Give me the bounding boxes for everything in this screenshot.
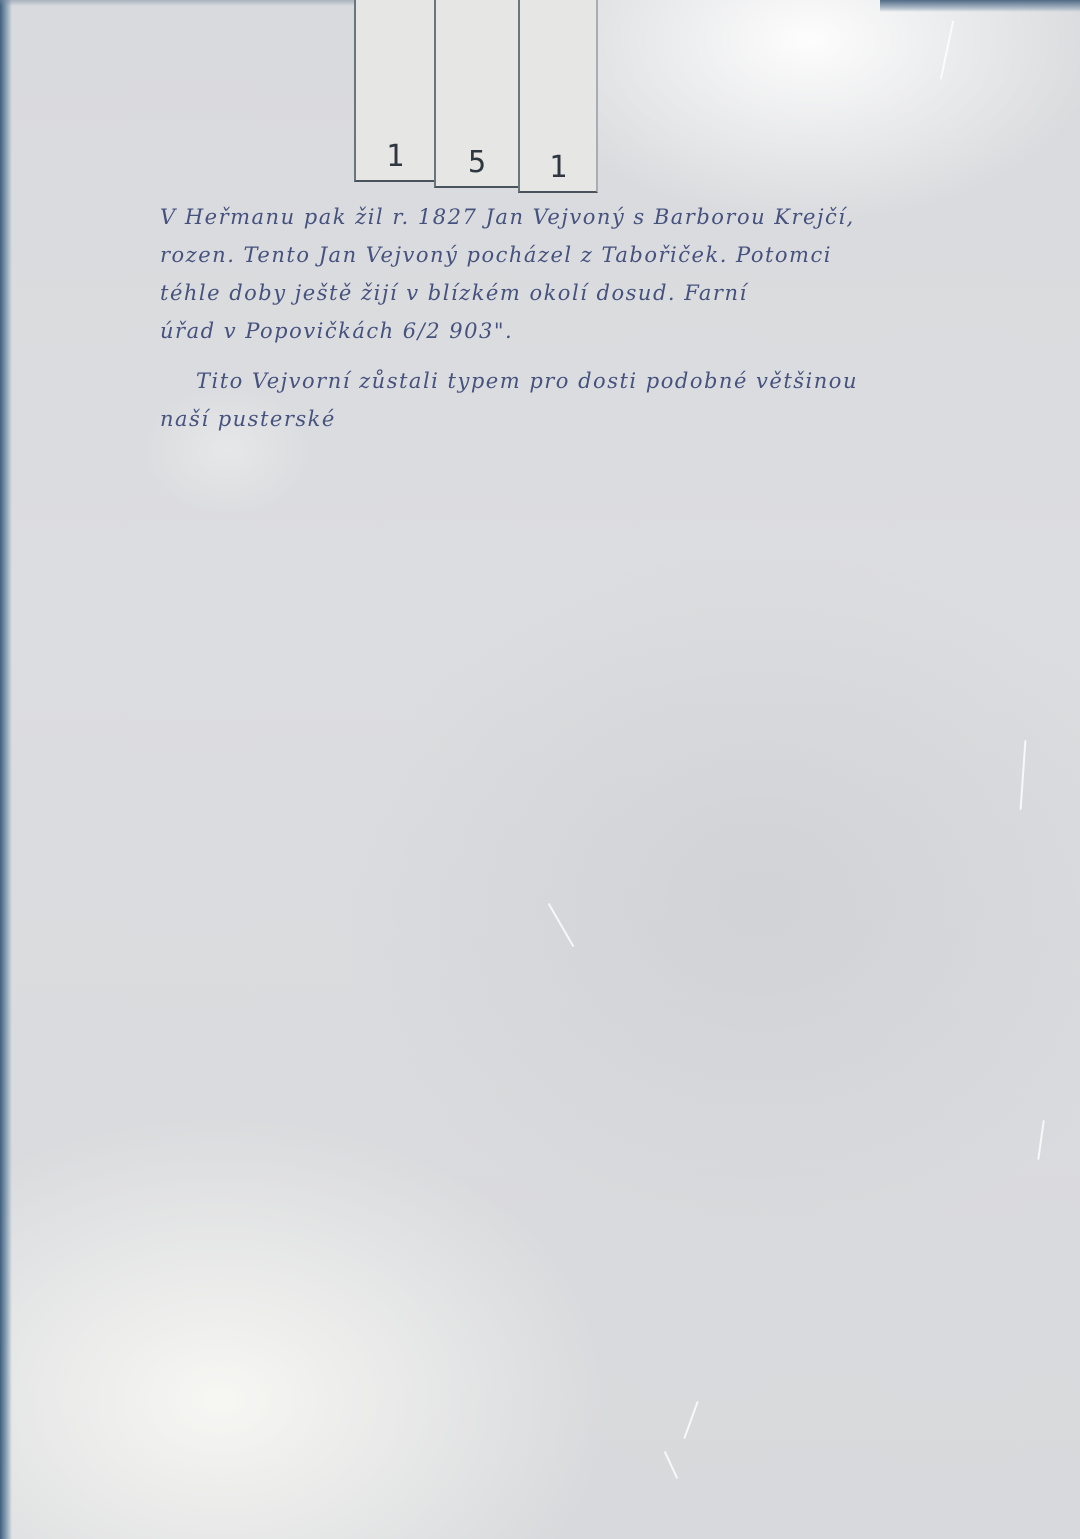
film-scratch [1037,1120,1045,1160]
film-scratch [548,903,575,947]
film-edge-top-left [0,0,360,6]
text-line: téhle doby ještě žijí v blízkém okolí do… [160,274,950,312]
film-edge-left [0,0,12,1539]
film-scratch [664,1451,678,1479]
stamp-digit: 5 [436,145,518,180]
handwritten-text: V Heřmanu pak žil r. 1827 Jan Vejvoný s … [160,198,950,438]
film-scratch [940,20,954,79]
stamp-cell: 1 [354,0,434,182]
film-scratch [683,1401,699,1439]
stamp-digit: 1 [356,139,434,174]
text-line: rozen. Tento Jan Vejvoný pocházel z Tabo… [160,236,950,274]
stamp-digit: 1 [520,150,596,185]
stamp-cell: 1 [518,0,598,193]
stamp-cell: 5 [434,0,518,188]
film-scratch [1020,740,1027,810]
text-line: Tito Vejvorní zůstali typem pro dosti po… [160,362,950,400]
scanned-page: 1 5 1 V Heřmanu pak žil r. 1827 Jan Vejv… [0,0,1080,1539]
page-number-stamp: 1 5 1 [354,0,598,194]
text-line: úřad v Popovičkách 6/2 903". [160,312,950,350]
film-edge-top-right [880,0,1080,12]
text-line: V Heřmanu pak žil r. 1827 Jan Vejvoný s … [160,198,950,236]
text-line: naší pusterské [160,400,950,438]
